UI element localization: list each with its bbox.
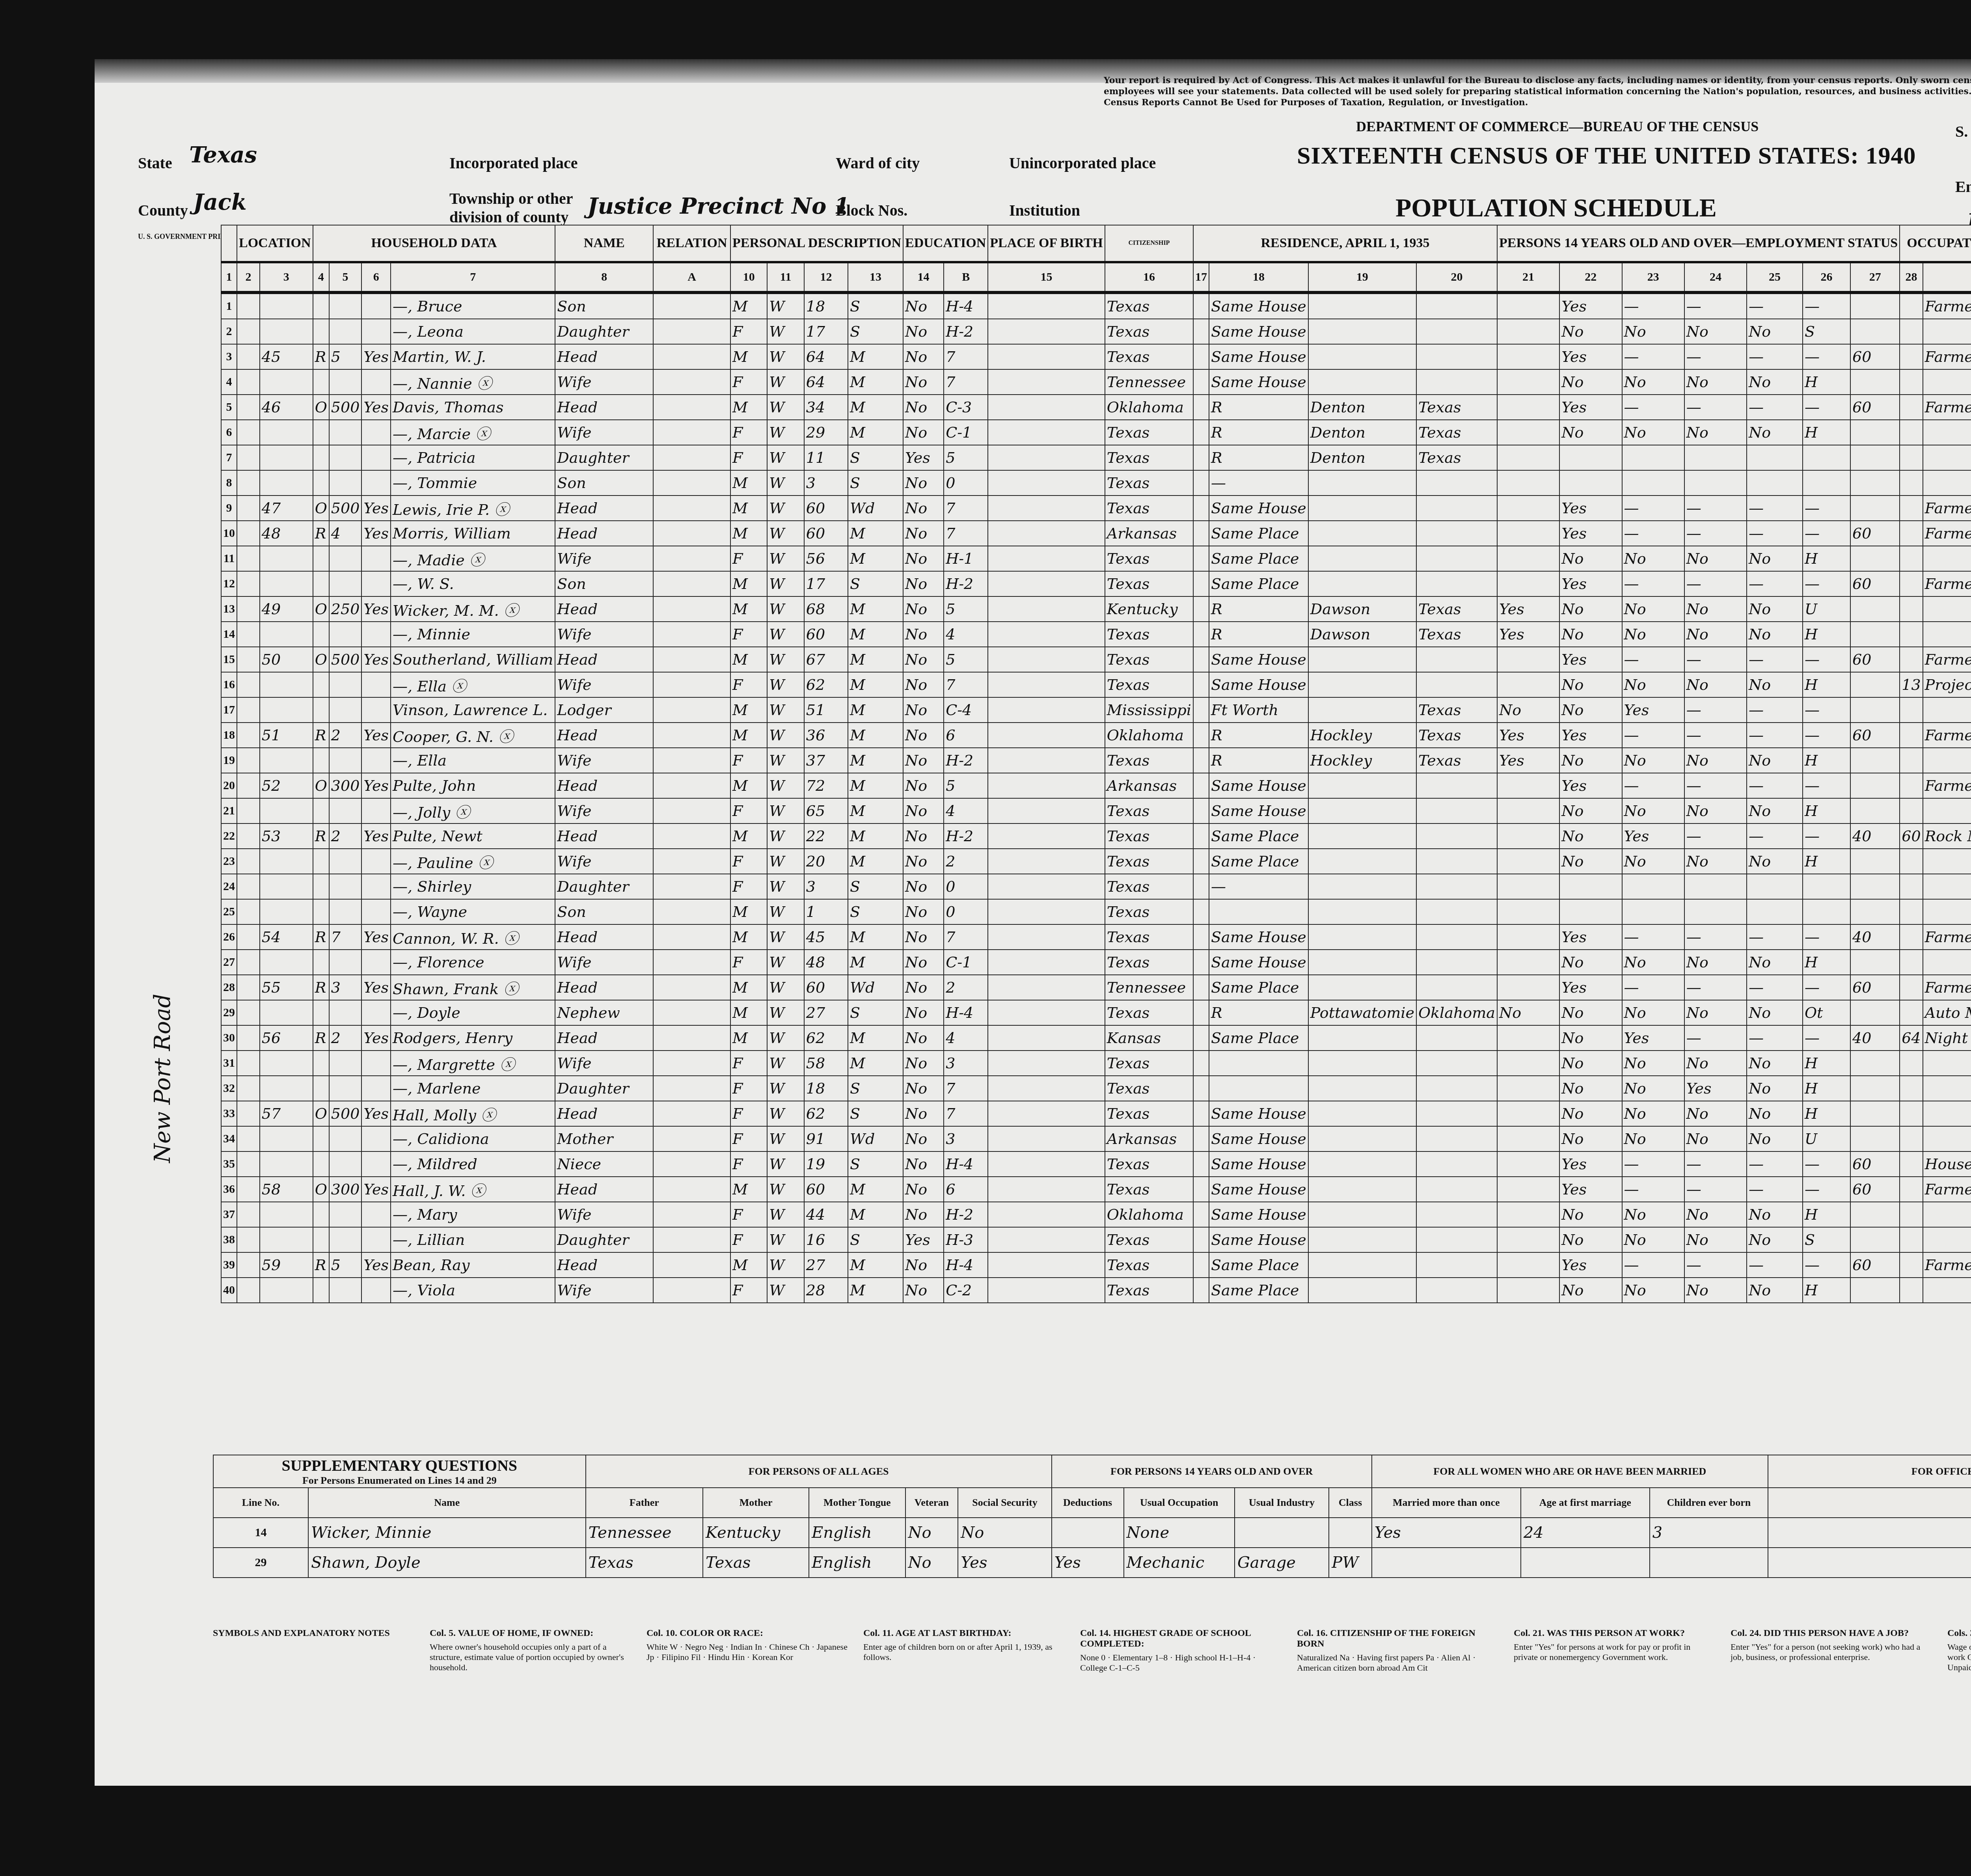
cell-res: Same House (1209, 292, 1308, 319)
cell-w21: No (1559, 1202, 1622, 1227)
cell-mar: S (848, 445, 903, 470)
cell-rf (1497, 521, 1559, 546)
cell-dur (1900, 697, 1923, 723)
cell-mar: M (848, 395, 903, 420)
cell-code (237, 344, 260, 369)
cell-name: —, Marlene (391, 1076, 555, 1101)
cell-age: 29 (804, 420, 848, 445)
cell-mar: M (848, 369, 903, 395)
cell-grade: 2 (944, 975, 988, 1000)
cell-st: Texas (1416, 596, 1497, 622)
cell-w21: Yes (1559, 1151, 1622, 1177)
cell-hrs (1850, 1278, 1900, 1303)
cell-cit (1193, 622, 1209, 647)
cell-w21: No (1559, 823, 1622, 849)
cell-occ (1923, 1101, 1971, 1126)
cell-cty (1308, 798, 1416, 823)
cell-code (653, 395, 730, 420)
cell-w21: No (1559, 672, 1622, 697)
cell-dur (1900, 596, 1923, 622)
cell-race: W (767, 470, 804, 496)
cell-line: 36 (221, 1177, 237, 1202)
cell-rf: No (1497, 1000, 1559, 1025)
cell-hrs: 60 (1850, 647, 1900, 672)
cell-line: 28 (221, 975, 237, 1000)
cell-house (260, 420, 313, 445)
cell-race: W (767, 748, 804, 773)
supp-cell-father: Texas (586, 1548, 703, 1578)
cell-mar: M (848, 1278, 903, 1303)
cell-farm (361, 950, 391, 975)
cell-w21: No (1559, 1000, 1622, 1025)
cell-w23: No (1684, 1051, 1747, 1076)
cell-race: W (767, 874, 804, 899)
cell-code (988, 773, 1105, 798)
cell-line: 25 (221, 899, 237, 924)
group-location: LOCATION (237, 225, 313, 262)
supp-cell-line: 14 (213, 1518, 308, 1548)
cell-cit (1193, 849, 1209, 874)
cell-line: 21 (221, 798, 237, 823)
cell-cit (1193, 470, 1209, 496)
cell-farm: Yes (361, 596, 391, 622)
cell-grade: H-2 (944, 823, 988, 849)
cell-dur (1900, 1202, 1923, 1227)
cell-cty (1308, 344, 1416, 369)
cell-hrs (1850, 773, 1900, 798)
cell-tenure: R (313, 823, 329, 849)
cell-dur (1900, 975, 1923, 1000)
cell-cit (1193, 647, 1209, 672)
cell-race: W (767, 1051, 804, 1076)
cell-cit (1193, 1101, 1209, 1126)
cell-occ (1923, 1278, 1971, 1303)
col-num: 29 (1923, 262, 1971, 292)
cell-occ (1923, 849, 1971, 874)
cell-age: 11 (804, 445, 848, 470)
cell-sch: No (903, 521, 944, 546)
cell-sch: No (903, 672, 944, 697)
cell-st (1416, 773, 1497, 798)
cell-code (237, 546, 260, 571)
cell-code (237, 874, 260, 899)
cell-tenure (313, 874, 329, 899)
cell-sch: No (903, 1051, 944, 1076)
cell-sch: No (903, 1025, 944, 1051)
sd-label: S. D. No. (1955, 122, 1971, 141)
cell-w25: — (1803, 823, 1850, 849)
cell-rel: Son (555, 571, 653, 596)
cell-tenure (313, 1227, 329, 1252)
cell-rf (1497, 849, 1559, 874)
cell-house: 47 (260, 496, 313, 521)
cell-line: 5 (221, 395, 237, 420)
cell-st (1416, 672, 1497, 697)
cell-w25: H (1803, 1076, 1850, 1101)
cell-rf (1497, 420, 1559, 445)
cell-name: —, Calidiona (391, 1126, 555, 1151)
cell-code (653, 1076, 730, 1101)
supp-head-office (1768, 1488, 1971, 1518)
cell-dur (1900, 521, 1923, 546)
cell-res: Same House (1209, 950, 1308, 975)
supp-cell-tongue: English (809, 1548, 905, 1578)
cell-dur (1900, 1151, 1923, 1177)
cell-st (1416, 1025, 1497, 1051)
cell-code (237, 1101, 260, 1126)
cell-res: Same House (1209, 1227, 1308, 1252)
note-body: Naturalized Na · Having first papers Pa … (1297, 1652, 1475, 1673)
supp-cell-age1 (1521, 1548, 1650, 1578)
cell-code (237, 899, 260, 924)
cell-code (237, 1202, 260, 1227)
col-num: 16 (1105, 262, 1193, 292)
cell-st (1416, 470, 1497, 496)
cell-hrs (1850, 748, 1900, 773)
cell-house (260, 874, 313, 899)
cell-mar: M (848, 672, 903, 697)
col-num: B (944, 262, 988, 292)
cell-name: Vinson, Lawrence L. (391, 697, 555, 723)
note-body: White W · Negro Neg · Indian In · Chines… (646, 1642, 848, 1662)
cell-grade: H-4 (944, 292, 988, 319)
cell-w24: — (1747, 823, 1803, 849)
cell-w25 (1803, 874, 1850, 899)
cell-w24: No (1747, 1000, 1803, 1025)
cell-rf (1497, 798, 1559, 823)
table-row: 19—, EllaWifeFW37MNoH-2TexasRHockleyTexa… (221, 748, 1971, 773)
cell-code (653, 546, 730, 571)
cell-cty (1308, 899, 1416, 924)
cell-w24: — (1747, 924, 1803, 950)
cell-cit (1193, 899, 1209, 924)
note-block: Col. 21. WAS THIS PERSON AT WORK?Enter "… (1514, 1628, 1715, 1673)
cell-house (260, 1000, 313, 1025)
cell-mar: S (848, 319, 903, 344)
cell-bp: Texas (1105, 546, 1193, 571)
cell-value (329, 1278, 362, 1303)
cell-house: 50 (260, 647, 313, 672)
col-num: 18 (1209, 262, 1308, 292)
cell-rf (1497, 470, 1559, 496)
cell-rel: Son (555, 470, 653, 496)
cell-w21 (1559, 470, 1622, 496)
cell-line: 27 (221, 950, 237, 975)
cell-code (988, 1025, 1105, 1051)
cell-code (237, 496, 260, 521)
cell-hrs: 40 (1850, 924, 1900, 950)
cell-code (988, 1051, 1105, 1076)
cell-code (237, 1051, 260, 1076)
cell-sex: F (730, 748, 767, 773)
cell-sex: M (730, 1177, 767, 1202)
cell-st: Texas (1416, 697, 1497, 723)
cell-w24: — (1747, 723, 1803, 748)
group-relation: RELATION (653, 225, 730, 262)
cell-cit (1193, 798, 1209, 823)
cell-sex: F (730, 874, 767, 899)
cell-sch: No (903, 1151, 944, 1177)
cell-age: 91 (804, 1126, 848, 1151)
cell-rel: Head (555, 975, 653, 1000)
cell-w22: No (1622, 420, 1684, 445)
cell-code (988, 344, 1105, 369)
cell-tenure (313, 1076, 329, 1101)
cell-rel: Head (555, 521, 653, 546)
cell-res: Same House (1209, 496, 1308, 521)
cell-w22: No (1622, 1202, 1684, 1227)
supp-subtitle: For Persons Enumerated on Lines 14 and 2… (216, 1475, 583, 1487)
table-row: 4—, Nannie ⓧWifeFW64MNo7TennesseeSame Ho… (221, 369, 1971, 395)
cell-w21: No (1559, 950, 1622, 975)
cell-age: 28 (804, 1278, 848, 1303)
cell-line: 26 (221, 924, 237, 950)
group-education: EDUCATION (903, 225, 988, 262)
cell-w22: No (1622, 1051, 1684, 1076)
cell-house (260, 445, 313, 470)
cell-name: —, Leona (391, 319, 555, 344)
cell-cty: Dawson (1308, 596, 1416, 622)
cell-st: Texas (1416, 723, 1497, 748)
cell-w22: Yes (1622, 697, 1684, 723)
cell-rel: Head (555, 723, 653, 748)
cell-tenure (313, 798, 329, 823)
cell-house (260, 1076, 313, 1101)
cell-hrs (1850, 874, 1900, 899)
cell-code (653, 773, 730, 798)
cell-w24: — (1747, 496, 1803, 521)
cell-w23: No (1684, 1278, 1747, 1303)
cell-w25: — (1803, 571, 1850, 596)
cell-bp: Texas (1105, 874, 1193, 899)
cell-value: 300 (329, 1177, 362, 1202)
cell-w22: No (1622, 319, 1684, 344)
cell-w24: — (1747, 773, 1803, 798)
cell-w24: No (1747, 1051, 1803, 1076)
supp-head: Age at first marriage (1521, 1488, 1650, 1518)
cell-race: W (767, 319, 804, 344)
cell-line: 20 (221, 773, 237, 798)
cell-line: 7 (221, 445, 237, 470)
cell-tenure (313, 1126, 329, 1151)
cell-sch: Yes (903, 1227, 944, 1252)
cell-sch: No (903, 496, 944, 521)
cell-cit (1193, 369, 1209, 395)
cell-res: R (1209, 748, 1308, 773)
cell-value (329, 1076, 362, 1101)
cell-w23: No (1684, 950, 1747, 975)
cell-bp: Texas (1105, 1252, 1193, 1278)
cell-code (237, 470, 260, 496)
table-row: 34—, CalidionaMotherFW91WdNo3ArkansasSam… (221, 1126, 1971, 1151)
cell-age: 64 (804, 344, 848, 369)
cell-house (260, 622, 313, 647)
cell-mar: M (848, 647, 903, 672)
cell-grade: H-3 (944, 1227, 988, 1252)
cell-w22: Yes (1622, 1025, 1684, 1051)
cell-rf: Yes (1497, 596, 1559, 622)
cell-house: 48 (260, 521, 313, 546)
cell-line: 23 (221, 849, 237, 874)
cell-code (237, 369, 260, 395)
cell-cty (1308, 546, 1416, 571)
cell-w24: — (1747, 975, 1803, 1000)
cell-w22 (1622, 874, 1684, 899)
cell-name: —, Wayne (391, 899, 555, 924)
cell-st: Texas (1416, 445, 1497, 470)
supp-head: Class (1329, 1488, 1372, 1518)
cell-sex: M (730, 1252, 767, 1278)
cell-w22: — (1622, 571, 1684, 596)
cell-code (988, 849, 1105, 874)
cell-code (653, 622, 730, 647)
supp-cell-cls (1329, 1518, 1372, 1548)
cell-w24: No (1747, 849, 1803, 874)
cell-farm (361, 849, 391, 874)
cell-age: 37 (804, 748, 848, 773)
cell-res: Same House (1209, 1177, 1308, 1202)
cell-age: 56 (804, 546, 848, 571)
cell-cty (1308, 1126, 1416, 1151)
cell-age: 17 (804, 571, 848, 596)
cell-house (260, 369, 313, 395)
cell-rf: No (1497, 697, 1559, 723)
cell-bp: Texas (1105, 748, 1193, 773)
cell-bp: Kansas (1105, 1025, 1193, 1051)
cell-name: —, Mildred (391, 1151, 555, 1177)
cell-w23: — (1684, 571, 1747, 596)
cell-code (653, 292, 730, 319)
cell-w23: No (1684, 1126, 1747, 1151)
cell-farm: Yes (361, 496, 391, 521)
supplementary-table: SUPPLEMENTARY QUESTIONS For Persons Enum… (213, 1455, 1971, 1578)
note-title: Col. 5. VALUE OF HOME, IF OWNED: (430, 1628, 631, 1639)
cell-code (237, 1227, 260, 1252)
cell-w22: No (1622, 622, 1684, 647)
supp-row: 14Wicker, MinnieTennesseeKentuckyEnglish… (213, 1518, 1971, 1548)
col-num: 2 (237, 262, 260, 292)
supp-group-14-over: FOR PERSONS 14 YEARS OLD AND OVER (1052, 1455, 1372, 1488)
cell-value (329, 369, 362, 395)
cell-farm (361, 748, 391, 773)
cell-value: 3 (329, 975, 362, 1000)
cell-house: 53 (260, 823, 313, 849)
explanatory-notes: SYMBOLS AND EXPLANATORY NOTESCol. 5. VAL… (213, 1628, 1971, 1673)
table-row: 35—, MildredNieceFW19SNoH-4TexasSame Hou… (221, 1151, 1971, 1177)
cell-age: 22 (804, 823, 848, 849)
cell-code (988, 1177, 1105, 1202)
cell-w25 (1803, 899, 1850, 924)
cell-race: W (767, 521, 804, 546)
cell-sex: M (730, 470, 767, 496)
cell-bp: Texas (1105, 445, 1193, 470)
cell-mar: Wd (848, 496, 903, 521)
cell-race: W (767, 849, 804, 874)
cell-w21: No (1559, 369, 1622, 395)
cell-cit (1193, 1076, 1209, 1101)
cell-code (988, 369, 1105, 395)
cell-bp: Oklahoma (1105, 1202, 1193, 1227)
cell-age: 60 (804, 1177, 848, 1202)
supp-head: Name (308, 1488, 586, 1518)
cell-code (653, 748, 730, 773)
cell-w25: Ot (1803, 1000, 1850, 1025)
cell-rf (1497, 319, 1559, 344)
cell-name: Rodgers, Henry (391, 1025, 555, 1051)
cell-rel: Head (555, 395, 653, 420)
cell-dur (1900, 292, 1923, 319)
cell-code (653, 672, 730, 697)
cell-w23: — (1684, 521, 1747, 546)
population-table: LOCATION HOUSEHOLD DATA NAME RELATION PE… (221, 225, 1971, 1303)
cell-name: —, Viola (391, 1278, 555, 1303)
cell-occ (1923, 369, 1971, 395)
cell-w23: No (1684, 319, 1747, 344)
cell-cit (1193, 950, 1209, 975)
cell-dur (1900, 546, 1923, 571)
cell-name: —, W. S. (391, 571, 555, 596)
cell-race: W (767, 1177, 804, 1202)
cell-grade: 6 (944, 1177, 988, 1202)
cell-cit (1193, 1126, 1209, 1151)
cell-cit (1193, 1252, 1209, 1278)
cell-res: R (1209, 622, 1308, 647)
cell-w24 (1747, 874, 1803, 899)
cell-w22: — (1622, 521, 1684, 546)
cell-sch: No (903, 1101, 944, 1126)
cell-code (653, 975, 730, 1000)
cell-mar: M (848, 596, 903, 622)
cell-value (329, 672, 362, 697)
cell-code (237, 975, 260, 1000)
cell-rf (1497, 1151, 1559, 1177)
cell-cty: Dawson (1308, 622, 1416, 647)
cell-cty: Denton (1308, 420, 1416, 445)
cell-hrs: 60 (1850, 1151, 1900, 1177)
cell-w21: Yes (1559, 344, 1622, 369)
col-num: 12 (804, 262, 848, 292)
cell-age: 68 (804, 596, 848, 622)
cell-rf (1497, 874, 1559, 899)
cell-cty (1308, 1101, 1416, 1126)
cell-code (653, 445, 730, 470)
cell-w21: No (1559, 622, 1622, 647)
cell-code (653, 723, 730, 748)
cell-code (653, 1051, 730, 1076)
cell-line: 9 (221, 496, 237, 521)
cell-sch: No (903, 344, 944, 369)
cell-tenure (313, 571, 329, 596)
cell-w22: — (1622, 647, 1684, 672)
cell-line: 11 (221, 546, 237, 571)
cell-age: 64 (804, 369, 848, 395)
cell-dur (1900, 369, 1923, 395)
cell-line: 35 (221, 1151, 237, 1177)
cell-house: 58 (260, 1177, 313, 1202)
cell-code (653, 874, 730, 899)
cell-line: 39 (221, 1252, 237, 1278)
cell-tenure: R (313, 975, 329, 1000)
cell-rf (1497, 899, 1559, 924)
col-num: 23 (1622, 262, 1684, 292)
cell-hrs: 60 (1850, 1252, 1900, 1278)
cell-line: 1 (221, 292, 237, 319)
cell-grade: H-4 (944, 1252, 988, 1278)
cell-tenure: O (313, 1101, 329, 1126)
cell-name: Cannon, W. R. ⓧ (391, 924, 555, 950)
cell-sch: No (903, 292, 944, 319)
unincorporated-label: Unincorporated place (1009, 154, 1156, 172)
